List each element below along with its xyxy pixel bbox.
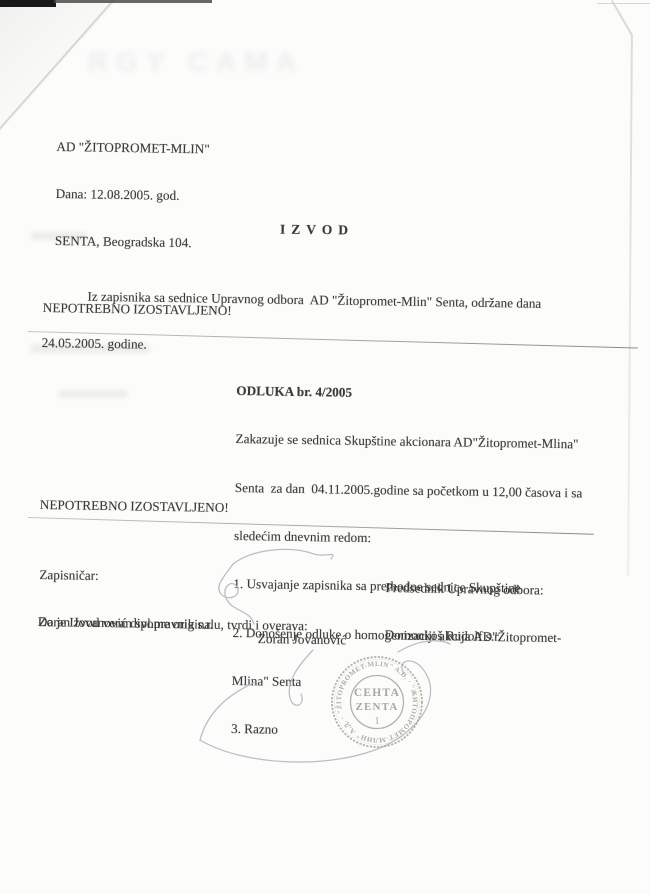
- omitted-note-1: NEPOTREBNO IZOSTAVLJENO!: [43, 300, 232, 319]
- scanner-strip-artifact: [0, 0, 56, 7]
- page-edge-vertical-right: [627, 36, 632, 576]
- scanned-document-page: RGY CAMA AD "ŽITOPROMET-MLIN" Dana: 12.0…: [0, 0, 650, 894]
- decision-line: Senta za dan 04.11.2005.godine sa početk…: [235, 480, 583, 502]
- letterhead-block: AD "ŽITOPROMET-MLIN" Dana: 12.08.2005. g…: [54, 108, 210, 282]
- scan-smudge: [58, 390, 128, 398]
- date-line: Dana: 12.08.2005. god.: [56, 186, 209, 204]
- stamp-center-line-3: 1: [375, 716, 380, 727]
- president-label: Predsednik Upravnog odbora:: [385, 580, 543, 598]
- official-stamp: "ŽITOPROMET-MLIN" A.D. · "ЖИТОПРОМЕТ-МЛИ…: [312, 637, 442, 767]
- scanner-strip-artifact-thin: [54, 0, 212, 3]
- company-name: AD "ŽITOPROMET-MLIN": [56, 139, 209, 157]
- stamp-center-line-2: ZENTA: [355, 701, 398, 713]
- page-edge-top-right: [597, 3, 650, 4]
- omitted-note-2: NEPOTREBNO IZOSTAVLJENO!: [40, 497, 229, 516]
- decision-line: Zakazuje se sednica Skupštine akcionara …: [235, 431, 583, 453]
- decision-heading: ODLUKA br. 4/2005: [236, 383, 584, 405]
- recorder-label: Zapisničar:: [39, 567, 214, 585]
- ghost-text-artifact: RGY CAMA: [88, 46, 508, 78]
- stamp-center-line-1: СЕНТА: [354, 687, 400, 699]
- page-edge-diagonal-right: [611, 0, 633, 36]
